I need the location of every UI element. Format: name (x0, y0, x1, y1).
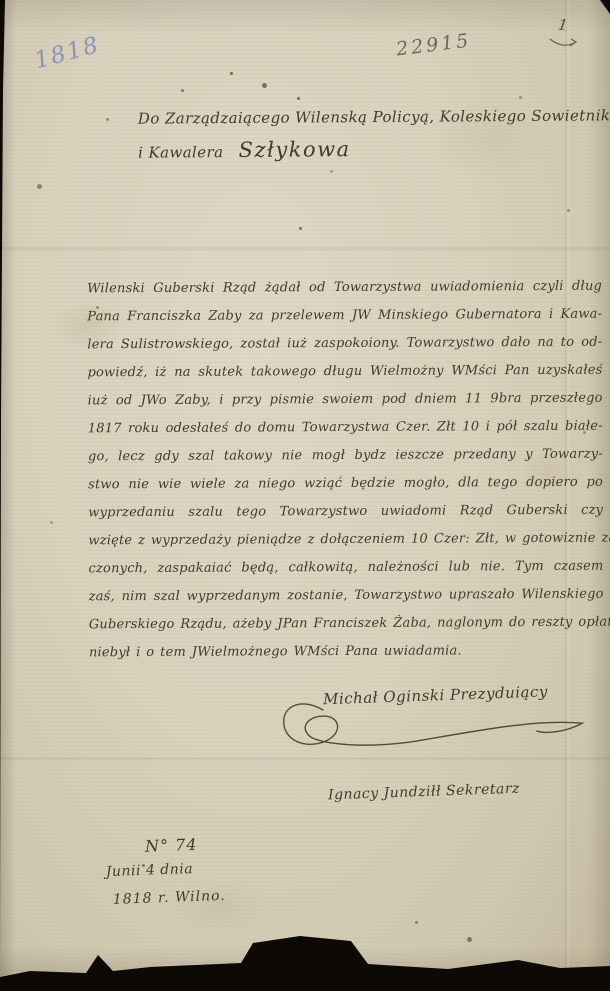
manuscript-line: lera Sulistrowskiego, został iuż zaspoko… (87, 329, 602, 360)
manuscript-line: wzięte z wyprzedaży pieniądze z dołączen… (88, 525, 603, 556)
scanned-manuscript-page: { "colors": { "paper": "#d8d1bc", "scan_… (0, 0, 610, 991)
manuscript-line: zaś, nim szal wyprzedanym zostanie, Towa… (89, 581, 604, 612)
manuscript-line: Guberskiego Rządu, ażeby JPan Franciszek… (89, 609, 604, 640)
foxing-specks (0, 0, 3, 3)
docket-year-place: 1818 r. Wilno. (106, 883, 226, 913)
heading-line1: Do Zarządzaiącego Wilenską Policyą, Kole… (138, 100, 608, 133)
docket-note: N° 74 Junii 4 dnia 1818 r. Wilno. (105, 834, 226, 913)
address-heading: Do Zarządzaiącego Wilenską Policyą, Kole… (138, 100, 608, 169)
manuscript-body: Wilenski Guberski Rząd żądał od Towarzys… (87, 273, 604, 668)
manuscript-line: Pana Franciszka Zaby za przelewem JW Min… (87, 301, 602, 332)
manuscript-line: 1817 roku odesłałeś do domu Towarzystwa … (88, 413, 603, 444)
docket-date: Junii 4 dnia (105, 853, 225, 887)
horizontal-crease (0, 246, 610, 251)
manuscript-line: powiedź, iż na skutek takowego długu Wie… (87, 357, 602, 388)
manuscript-line: czonych, zaspakaiać będą, całkowitą, nal… (88, 553, 603, 584)
manuscript-line: iuż od JWo Zaby, i przy pismie swoiem po… (88, 385, 603, 416)
addressee-name: Szłykowa (228, 137, 350, 162)
heading-line2: i Kawalera Szłykowa (138, 130, 608, 169)
manuscript-line: niebył i o tem JWielmożnego WMści Pana u… (89, 637, 604, 668)
manuscript-line: Wilenski Guberski Rząd żądał od Towarzys… (87, 273, 602, 304)
heading-line2-prefix: i Kawalera (138, 143, 223, 162)
manuscript-line: stwo nie wie wiele za niego wziąć będzie… (88, 469, 603, 500)
manuscript-line: go, lecz gdy szal takowy nie mogł bydz i… (88, 441, 603, 472)
folio-swash-mark (548, 34, 582, 50)
manuscript-line: wyprzedaniu szalu tego Towarzystwo uwiad… (88, 497, 603, 528)
